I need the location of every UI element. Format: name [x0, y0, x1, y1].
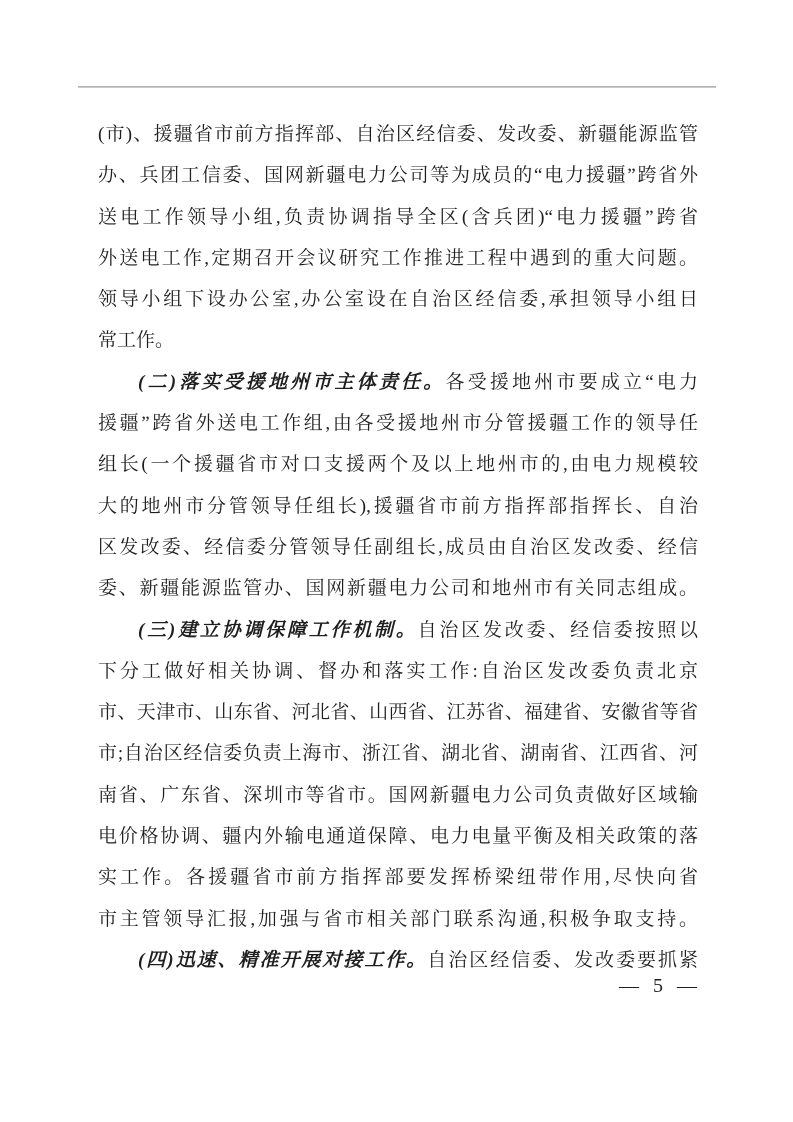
- body-text: 市;自治区经信委负责上海市、浙江省、湖北省、湖南省、江西省、河: [98, 743, 698, 764]
- paragraph-continued: (市)、援疆省市前方指挥部、自治区经信委、发改委、新疆能源监管办、兵团工信委、国…: [98, 114, 698, 362]
- text-line: 市;自治区经信委负责上海市、浙江省、湖北省、湖南省、江西省、河: [98, 733, 698, 774]
- body-text: 市主管领导汇报,加强与省市相关部门联系沟通,积极争取支持。: [98, 909, 698, 930]
- body-text: 自治区经信委、发改委要抓紧: [427, 950, 698, 971]
- body-text: 援疆”跨省外送电工作组,由各受援地州市分管援疆工作的领导任: [98, 413, 698, 434]
- paragraph: (三)建立协调保障工作机制。自治区发改委、经信委按照以下分工做好相关协调、督办和…: [98, 610, 698, 940]
- paragraph: (二)落实受援地州市主体责任。各受援地州市要成立“电力援疆”跨省外送电工作组,由…: [98, 362, 698, 610]
- text-line: 委、新疆能源监管办、国网新疆电力公司和地州市有关同志组成。: [98, 568, 698, 609]
- text-line: 区发改委、经信委分管领导任副组长,成员由自治区发改委、经信: [98, 527, 698, 568]
- text-line: 援疆”跨省外送电工作组,由各受援地州市分管援疆工作的领导任: [98, 403, 698, 444]
- text-line: (三)建立协调保障工作机制。自治区发改委、经信委按照以: [98, 610, 698, 651]
- text-block: (市)、援疆省市前方指挥部、自治区经信委、发改委、新疆能源监管办、兵团工信委、国…: [98, 114, 698, 981]
- body-text: 委、新疆能源监管办、国网新疆电力公司和地州市有关同志组成。: [98, 578, 698, 599]
- body-text: 外送电工作,定期召开会议研究工作推进工程中遇到的重大问题。: [98, 248, 698, 269]
- text-line: 外送电工作,定期召开会议研究工作推进工程中遇到的重大问题。: [98, 238, 698, 279]
- text-line: 市主管领导汇报,加强与省市相关部门联系沟通,积极争取支持。: [98, 899, 698, 940]
- text-line: 南省、广东省、深圳市等省市。国网新疆电力公司负责做好区域输: [98, 775, 698, 816]
- text-line: 下分工做好相关协调、督办和落实工作:自治区发改委负责北京: [98, 651, 698, 692]
- text-line: (二)落实受援地州市主体责任。各受援地州市要成立“电力: [98, 362, 698, 403]
- text-line: 送电工作领导小组,负责协调指导全区(含兵团)“电力援疆”跨省: [98, 197, 698, 238]
- text-line: 电价格协调、疆内外输电通道保障、电力电量平衡及相关政策的落: [98, 816, 698, 857]
- body-text: 大的地州市分管领导任组长),援疆省市前方指挥部指挥长、自治: [98, 496, 698, 517]
- text-line: (市)、援疆省市前方指挥部、自治区经信委、发改委、新疆能源监管: [98, 114, 698, 155]
- body-text: (市)、援疆省市前方指挥部、自治区经信委、发改委、新疆能源监管: [98, 124, 698, 145]
- section-heading-text: (三)建立协调保障工作机制。: [138, 620, 418, 641]
- section-heading-text: (二)落实受援地州市主体责任。: [138, 372, 446, 393]
- header-divider-line: [78, 86, 716, 88]
- body-text: 南省、广东省、深圳市等省市。国网新疆电力公司负责做好区域输: [98, 785, 698, 806]
- body-text: 常工作。: [98, 330, 174, 351]
- body-text: 送电工作领导小组,负责协调指导全区(含兵团)“电力援疆”跨省: [98, 207, 698, 228]
- text-line: 常工作。: [98, 320, 698, 361]
- document-page: (市)、援疆省市前方指挥部、自治区经信委、发改委、新疆能源监管办、兵团工信委、国…: [0, 0, 793, 1122]
- text-line: 领导小组下设办公室,办公室设在自治区经信委,承担领导小组日: [98, 279, 698, 320]
- body-text: 领导小组下设办公室,办公室设在自治区经信委,承担领导小组日: [98, 289, 698, 310]
- body-text: 自治区发改委、经信委按照以: [418, 620, 698, 641]
- text-line: (四)迅速、精准开展对接工作。自治区经信委、发改委要抓紧: [98, 940, 698, 981]
- body-text: 组长(一个援疆省市对口支援两个及以上地州市的,由电力规模较: [98, 454, 698, 475]
- body-text: 各受援地州市要成立“电力: [446, 372, 699, 393]
- body-text: 电价格协调、疆内外输电通道保障、电力电量平衡及相关政策的落: [98, 826, 698, 847]
- section-heading-text: (四)迅速、精准开展对接工作。: [138, 950, 427, 971]
- text-line: 办、兵团工信委、国网新疆电力公司等为成员的“电力援疆”跨省外: [98, 155, 698, 196]
- body-text: 区发改委、经信委分管领导任副组长,成员由自治区发改委、经信: [98, 537, 698, 558]
- body-text: 下分工做好相关协调、督办和落实工作:自治区发改委负责北京: [98, 661, 698, 682]
- text-line: 市、天津市、山东省、河北省、山西省、江苏省、福建省、安徽省等省: [98, 692, 698, 733]
- body-text: 实工作。各援疆省市前方指挥部要发挥桥梁纽带作用,尽快向省: [98, 867, 698, 888]
- body-text: 办、兵团工信委、国网新疆电力公司等为成员的“电力援疆”跨省外: [98, 165, 698, 186]
- paragraph: (四)迅速、精准开展对接工作。自治区经信委、发改委要抓紧: [98, 940, 698, 981]
- text-line: 大的地州市分管领导任组长),援疆省市前方指挥部指挥长、自治: [98, 486, 698, 527]
- text-line: 组长(一个援疆省市对口支援两个及以上地州市的,由电力规模较: [98, 444, 698, 485]
- body-text: 市、天津市、山东省、河北省、山西省、江苏省、福建省、安徽省等省: [98, 702, 698, 723]
- text-line: 实工作。各援疆省市前方指挥部要发挥桥梁纽带作用,尽快向省: [98, 857, 698, 898]
- page-number: — 5 —: [619, 974, 697, 998]
